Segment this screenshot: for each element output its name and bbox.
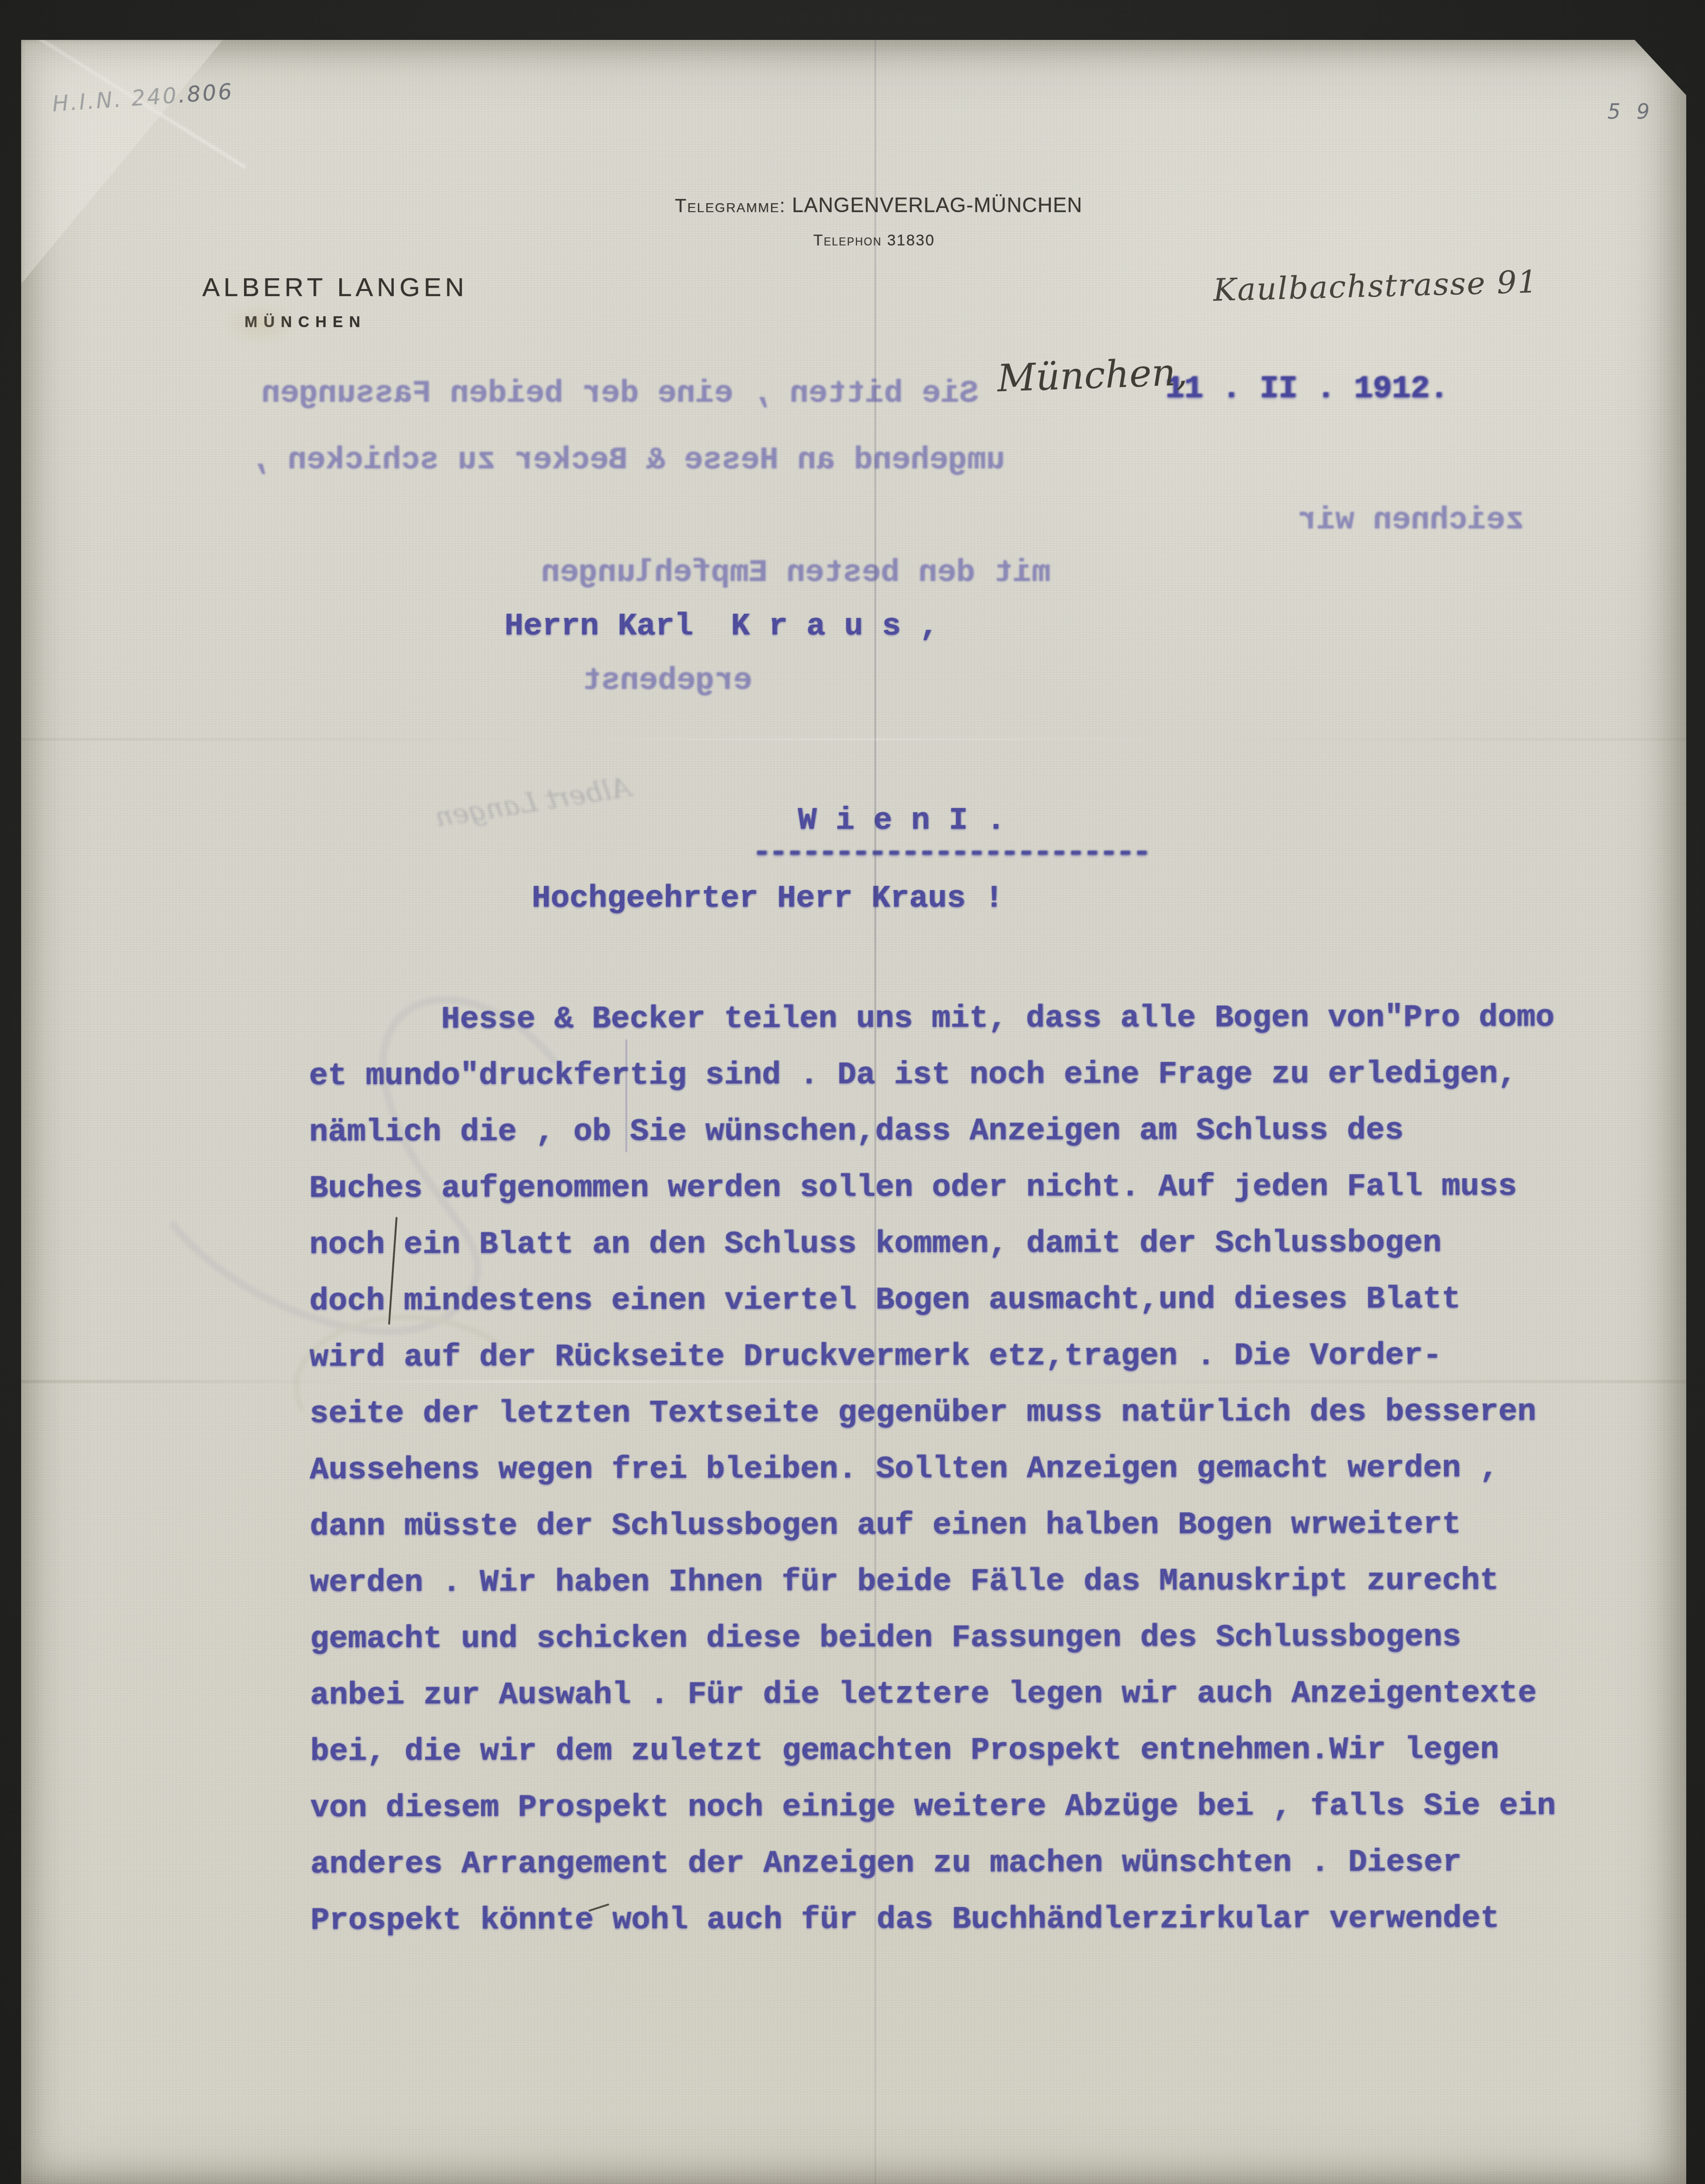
telegram-value: LANGENVERLAG-MÜNCHEN bbox=[792, 194, 1083, 217]
recipient-city: W i e n I . bbox=[798, 803, 1005, 839]
letterhead-company-name: ALBERT LANGEN bbox=[202, 272, 468, 302]
body-line: werden . Wir haben Ihnen für beide Fälle… bbox=[310, 1563, 1555, 1622]
body-line: bei, die wir dem zuletzt gemachten Prosp… bbox=[310, 1732, 1556, 1791]
dateline-date: 11 . II . 1912. bbox=[1165, 371, 1448, 407]
letter-paper: H.I.N. 240.806 5 9 Telegramme: LANGENVER… bbox=[21, 40, 1686, 2184]
inventory-number: H.I.N. 240.806 bbox=[52, 79, 235, 117]
bleedthrough-line-e: ergebenst bbox=[582, 663, 752, 699]
page-number: 5 9 bbox=[1607, 100, 1654, 124]
signature-bleedthrough bbox=[77, 922, 594, 1438]
bleedthrough-line-b: umgehend an Hesse & Becker zu schicken , bbox=[250, 443, 1005, 478]
salutation: Hochgeehrter Herr Kraus ! bbox=[532, 881, 1003, 916]
stamp-bleedthrough: Albert Langen bbox=[433, 771, 633, 833]
bleedthrough-line-c: zeichnen wir bbox=[1298, 503, 1524, 538]
fold-crease-horizontal-1 bbox=[21, 738, 1686, 741]
body-line: Aussehens wegen frei bleiben. Sollten An… bbox=[310, 1451, 1555, 1509]
recipient-name: Herrn Karl K r a u s , bbox=[505, 609, 939, 644]
bleedthrough-line-a: Sie bitten , eine der beiden Fassungen bbox=[261, 376, 979, 412]
photograph-of-letter: { "archive": { "inventory_number": "H.I.… bbox=[0, 0, 1705, 2184]
bleedthrough-line-d: mit den besten Empfehlungen bbox=[541, 555, 1051, 591]
body-line: Prospekt könnte wohl auch für das Buchhä… bbox=[311, 1901, 1556, 1960]
body-line: dann müsste der Schlussbogen auf einen h… bbox=[310, 1507, 1555, 1565]
letterhead-company-city: MÜNCHEN bbox=[245, 313, 367, 331]
body-line: anbei zur Auswahl . Für die letztere leg… bbox=[310, 1676, 1556, 1734]
corner-light-patch bbox=[21, 40, 223, 284]
letterhead-telegram-line: Telegramme: LANGENVERLAG-MÜNCHEN bbox=[675, 194, 1083, 217]
body-line: gemacht und schicken diese beiden Fassun… bbox=[310, 1619, 1556, 1678]
letterhead-telephone: Telephon 31830 bbox=[813, 231, 935, 249]
telegram-label: Telegramme: bbox=[675, 196, 786, 216]
body-line: anderes Arrangement der Anzeigen zu mach… bbox=[310, 1845, 1556, 1903]
dateline-city: München, bbox=[997, 350, 1189, 400]
recipient-underline: ------------------------ bbox=[752, 835, 1149, 871]
body-line: von diesem Prospekt noch einige weitere … bbox=[310, 1788, 1556, 1847]
letterhead-street: Kaulbachstrasse 91 bbox=[1213, 264, 1538, 308]
